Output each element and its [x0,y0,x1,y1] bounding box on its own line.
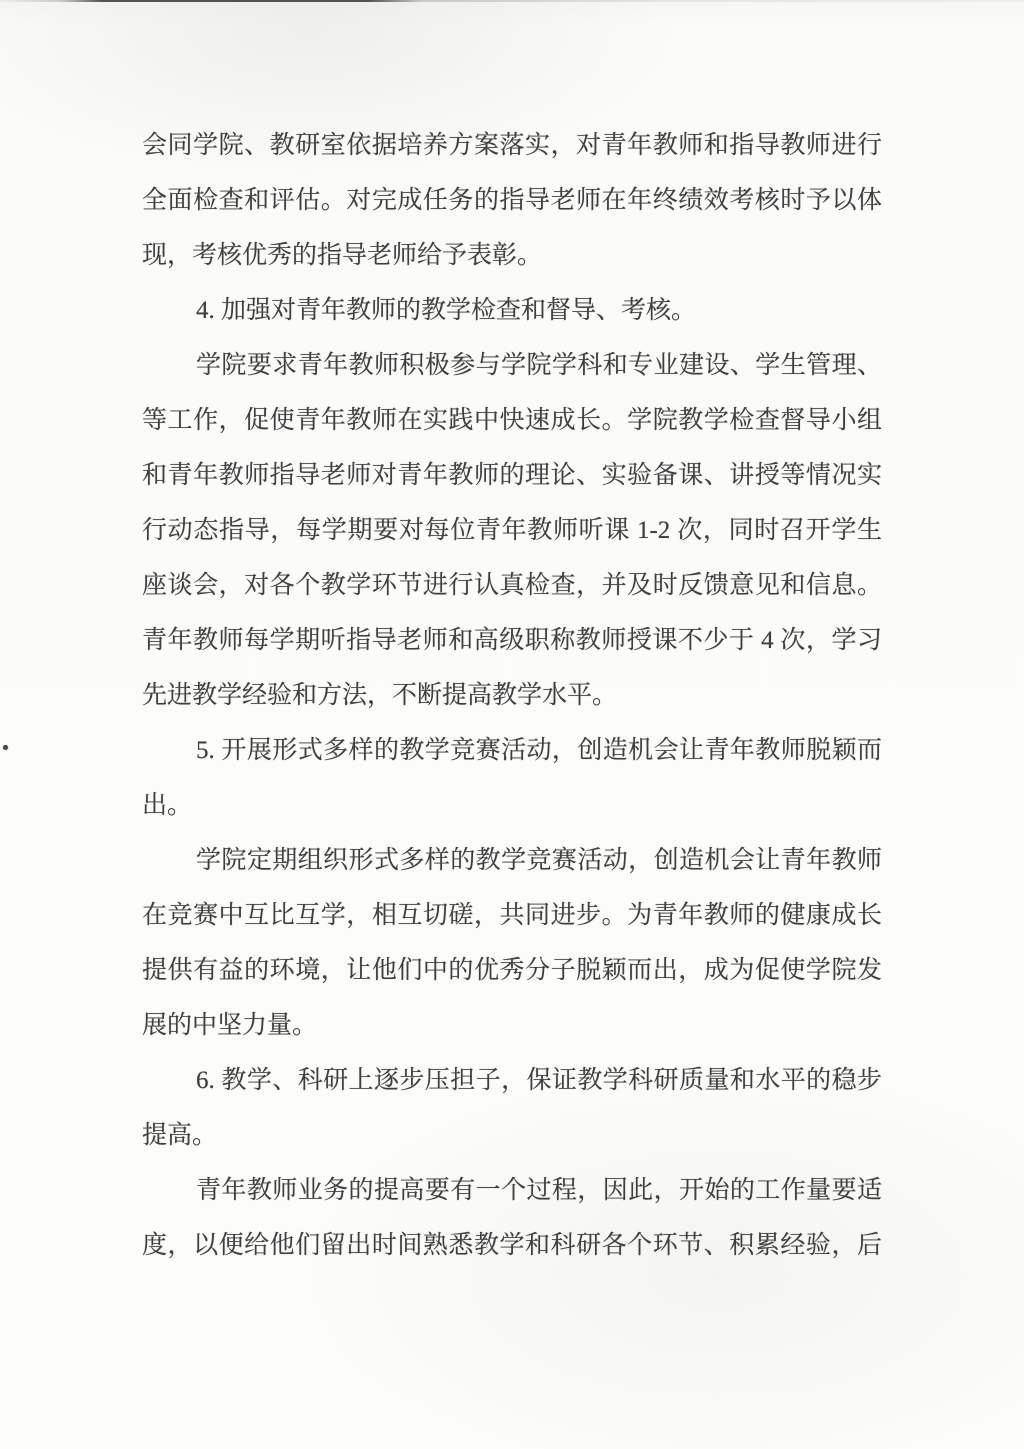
text-line: 5. 开展形式多样的教学竞赛活动，创造机会让青年教师脱颖而 [142,723,882,778]
text-line: 4. 加强对青年教师的教学检查和督导、考核。 [142,283,882,338]
text-line: 出。 [142,778,882,833]
text-line: 和青年教师指导老师对青年教师的理论、实验备课、讲授等情况实 [142,448,882,503]
text-line: 先进教学经验和方法，不断提高教学水平。 [142,668,882,723]
text-line: 提高。 [142,1108,882,1163]
text-line: 在竞赛中互比互学，相互切磋，共同进步。为青年教师的健康成长 [142,888,882,943]
text-line: 青年教师业务的提高要有一个过程，因此，开始的工作量要适 [142,1163,882,1218]
text-line: 展的中坚力量。 [142,998,882,1053]
text-line: 度，以便给他们留出时间熟悉教学和科研各个环节、积累经验，后 [142,1218,882,1273]
text-line: 会同学院、教研室依据培养方案落实，对青年教师和指导教师进行 [142,118,882,173]
item-6-body: 青年教师业务的提高要有一个过程，因此，开始的工作量要适度，以便给他们留出时间熟悉… [142,1163,882,1273]
text-line: 6. 教学、科研上逐步压担子，保证教学科研质量和水平的稳步 [142,1053,882,1108]
text-line: 现，考核优秀的指导老师给予表彰。 [142,228,882,283]
text-line: 全面检查和评估。对完成任务的指导老师在年终绩效考核时予以体 [142,173,882,228]
item-4-body: 学院要求青年教师积极参与学院学科和专业建设、学生管理、等工作，促使青年教师在实践… [142,338,882,723]
text-line: 提供有益的环境，让他们中的优秀分子脱颖而出，成为促使学院发 [142,943,882,998]
item-6-heading: 6. 教学、科研上逐步压担子，保证教学科研质量和水平的稳步提高。 [142,1053,882,1163]
text-line: 座谈会，对各个教学环节进行认真检查，并及时反馈意见和信息。 [142,558,882,613]
item-5-heading: 5. 开展形式多样的教学竞赛活动，创造机会让青年教师脱颖而出。 [142,723,882,833]
scan-edge-artifact [0,0,1024,2]
scanned-page: 会同学院、教研室依据培养方案落实，对青年教师和指导教师进行全面检查和评估。对完成… [0,0,1024,1449]
text-line: 等工作，促使青年教师在实践中快速成长。学院教学检查督导小组 [142,393,882,448]
text-line: 行动态指导，每学期要对每位青年教师听课 1-2 次，同时召开学生 [142,503,882,558]
text-line: 青年教师每学期听指导老师和高级职称教师授课不少于 4 次，学习 [142,613,882,668]
document-body: 会同学院、教研室依据培养方案落实，对青年教师和指导教师进行全面检查和评估。对完成… [142,118,882,1273]
item-4-heading: 4. 加强对青年教师的教学检查和督导、考核。 [142,283,882,338]
text-line: 学院要求青年教师积极参与学院学科和专业建设、学生管理、 [142,338,882,393]
paragraph-continuation: 会同学院、教研室依据培养方案落实，对青年教师和指导教师进行全面检查和评估。对完成… [142,118,882,283]
text-line: 学院定期组织形式多样的教学竞赛活动，创造机会让青年教师 [142,833,882,888]
item-5-body: 学院定期组织形式多样的教学竞赛活动，创造机会让青年教师在竞赛中互比互学，相互切磋… [142,833,882,1053]
scan-speck-artifact [3,745,8,750]
